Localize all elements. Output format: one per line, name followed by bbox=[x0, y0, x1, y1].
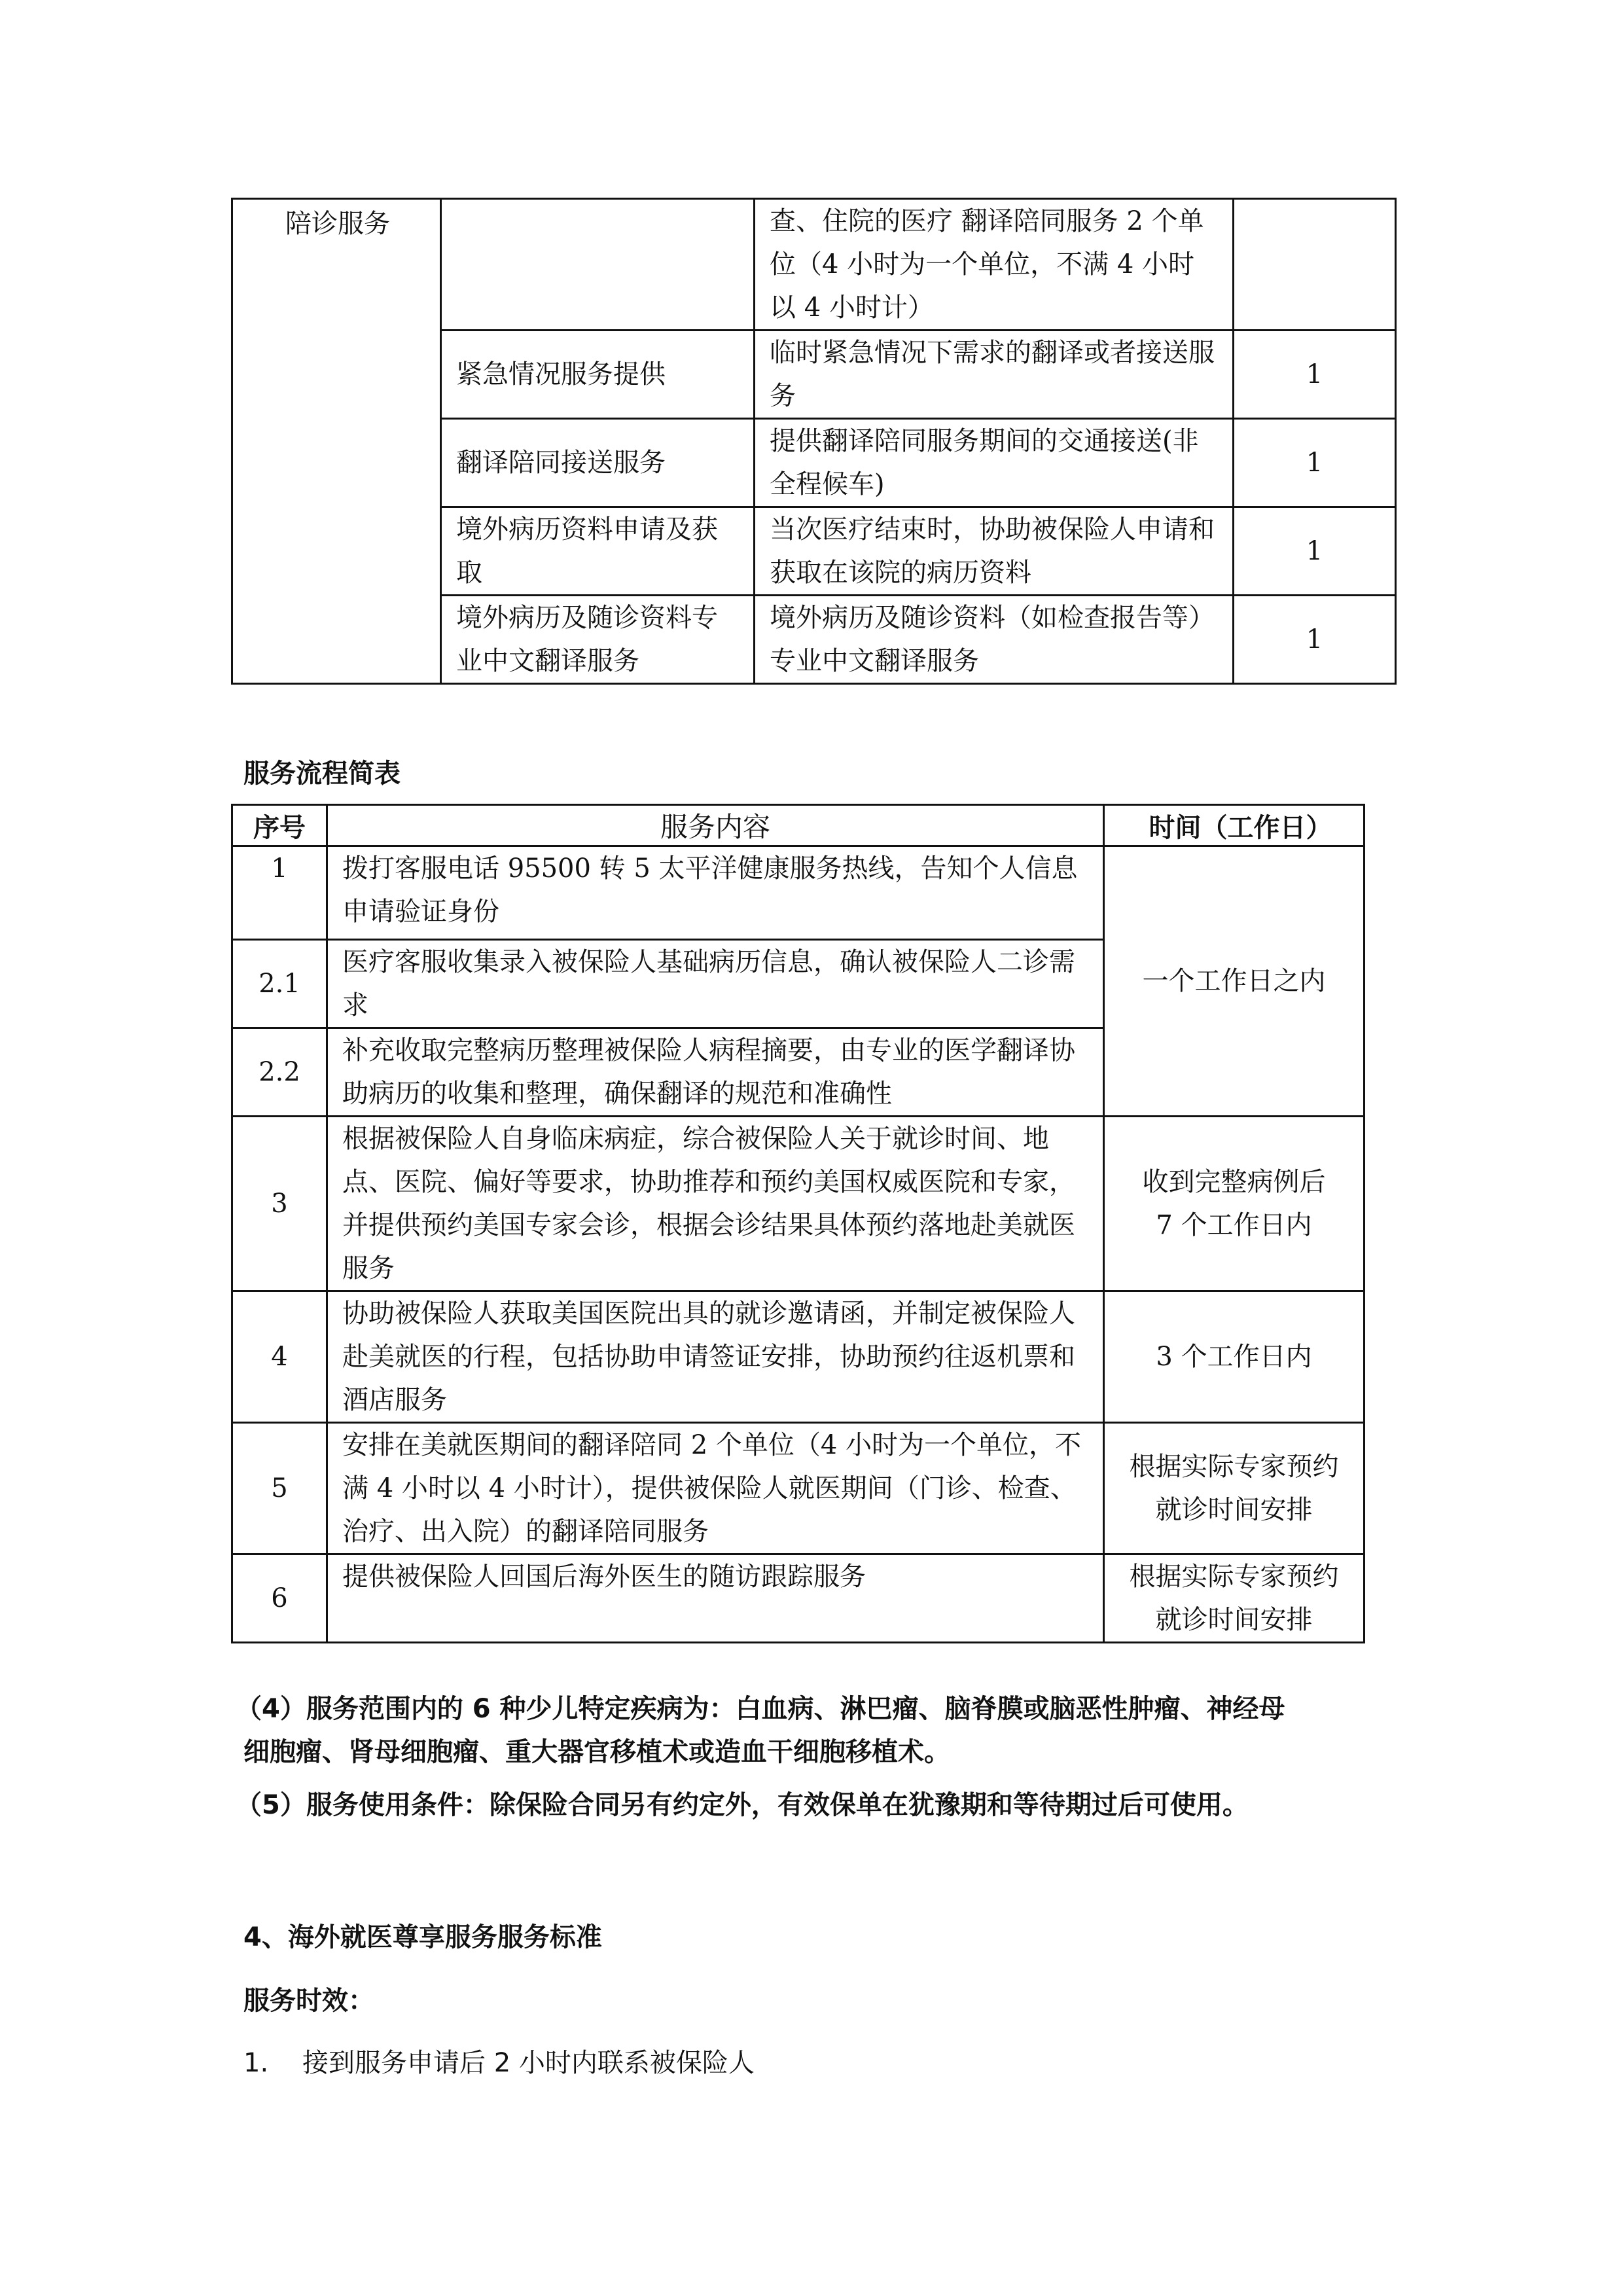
seq-cell: 2.2 bbox=[232, 1028, 327, 1117]
time-cell: 根据实际专家预约就诊时间安排 bbox=[1104, 1423, 1364, 1554]
description-cell: 查、住院的医疗 翻译陪同服务 2 个单位（4 小时为一个单位，不满 4 小时以 … bbox=[755, 199, 1234, 331]
seq-cell: 5 bbox=[232, 1423, 327, 1554]
category-label: 陪诊服务 bbox=[233, 200, 440, 245]
count-cell: 1 bbox=[1234, 331, 1396, 419]
content-cell: 医疗客服收集录入被保险人基础病历信息，确认被保险人二诊需求 bbox=[327, 940, 1104, 1028]
process-flow-table: 序号 服务内容 时间（工作日） 1 拨打客服电话 95500 转 5 太平洋健康… bbox=[231, 804, 1365, 1643]
seq-cell: 3 bbox=[232, 1117, 327, 1291]
item-cell bbox=[441, 199, 755, 331]
time-cell: 3 个工作日内 bbox=[1104, 1291, 1364, 1423]
category-cell: 陪诊服务 bbox=[232, 199, 441, 684]
paragraph-5: （5）服务使用条件：除保险合同另有约定外，有效保单在犹豫期和等待期过后可使用。 bbox=[236, 1784, 1400, 1827]
content-cell: 提供被保险人回国后海外医生的随访跟踪服务 bbox=[327, 1554, 1104, 1643]
seq-cell: 6 bbox=[232, 1554, 327, 1643]
time-cell-merged: 一个工作日之内 bbox=[1104, 846, 1364, 1117]
description-cell: 当次医疗结束时，协助被保险人申请和获取在该院的病历资料 bbox=[755, 507, 1234, 596]
content-cell: 协助被保险人获取美国医院出具的就诊邀请函，并制定被保险人赴美就医的行程，包括协助… bbox=[327, 1291, 1104, 1423]
item-cell: 翻译陪同接送服务 bbox=[441, 419, 755, 507]
time-cell: 收到完整病例后 7 个工作日内 bbox=[1104, 1117, 1364, 1291]
description-cell: 境外病历及随诊资料（如检查报告等）专业中文翻译服务 bbox=[755, 596, 1234, 684]
list-text: 接到服务申请后 2 小时内联系被保险人 bbox=[302, 2048, 755, 2078]
header-content: 服务内容 bbox=[327, 805, 1104, 846]
seq-cell: 4 bbox=[232, 1291, 327, 1423]
timeliness-list-item: 1.接到服务申请后 2 小时内联系被保险人 bbox=[243, 2042, 1291, 2079]
content-cell: 补充收取完整病历整理被保险人病程摘要，由专业的医学翻译协助病历的收集和整理，确保… bbox=[327, 1028, 1104, 1117]
process-table-title: 服务流程简表 bbox=[243, 753, 401, 790]
item-cell: 紧急情况服务提供 bbox=[441, 331, 755, 419]
list-number: 1. bbox=[243, 2048, 302, 2078]
item-cell: 境外病历及随诊资料专业中文翻译服务 bbox=[441, 596, 755, 684]
service-items-table: 陪诊服务 查、住院的医疗 翻译陪同服务 2 个单位（4 小时为一个单位，不满 4… bbox=[231, 198, 1397, 685]
count-cell: 1 bbox=[1234, 419, 1396, 507]
paragraph-4-line2: 细胞瘤、肾母细胞瘤、重大器官移植术或造血干细胞移植术。 bbox=[243, 1731, 1408, 1774]
header-time: 时间（工作日） bbox=[1104, 805, 1364, 846]
count-cell: 1 bbox=[1234, 507, 1396, 596]
description-cell: 临时紧急情况下需求的翻译或者接送服务 bbox=[755, 331, 1234, 419]
item-cell: 境外病历资料申请及获取 bbox=[441, 507, 755, 596]
section-4-heading: 4、海外就医尊享服务服务标准 bbox=[243, 1916, 602, 1954]
paragraph-4-line1: （4）服务范围内的 6 种少儿特定疾病为：白血病、淋巴瘤、脑脊膜或脑恶性肿瘤、神… bbox=[236, 1687, 1400, 1731]
count-cell: 1 bbox=[1234, 596, 1396, 684]
header-seq: 序号 bbox=[232, 805, 327, 846]
content-cell: 根据被保险人自身临床病症，综合被保险人关于就诊时间、地点、医院、偏好等要求，协助… bbox=[327, 1117, 1104, 1291]
content-cell: 安排在美就医期间的翻译陪同 2 个单位（4 小时为一个单位，不满 4 小时以 4… bbox=[327, 1423, 1104, 1554]
time-cell: 根据实际专家预约就诊时间安排 bbox=[1104, 1554, 1364, 1643]
description-cell: 提供翻译陪同服务期间的交通接送(非全程候车) bbox=[755, 419, 1234, 507]
service-timeliness-subheading: 服务时效： bbox=[243, 1980, 374, 2017]
count-cell bbox=[1234, 199, 1396, 331]
seq-cell: 1 bbox=[232, 846, 327, 940]
content-cell: 拨打客服电话 95500 转 5 太平洋健康服务热线，告知个人信息申请验证身份 bbox=[327, 846, 1104, 940]
seq-cell: 2.1 bbox=[232, 940, 327, 1028]
